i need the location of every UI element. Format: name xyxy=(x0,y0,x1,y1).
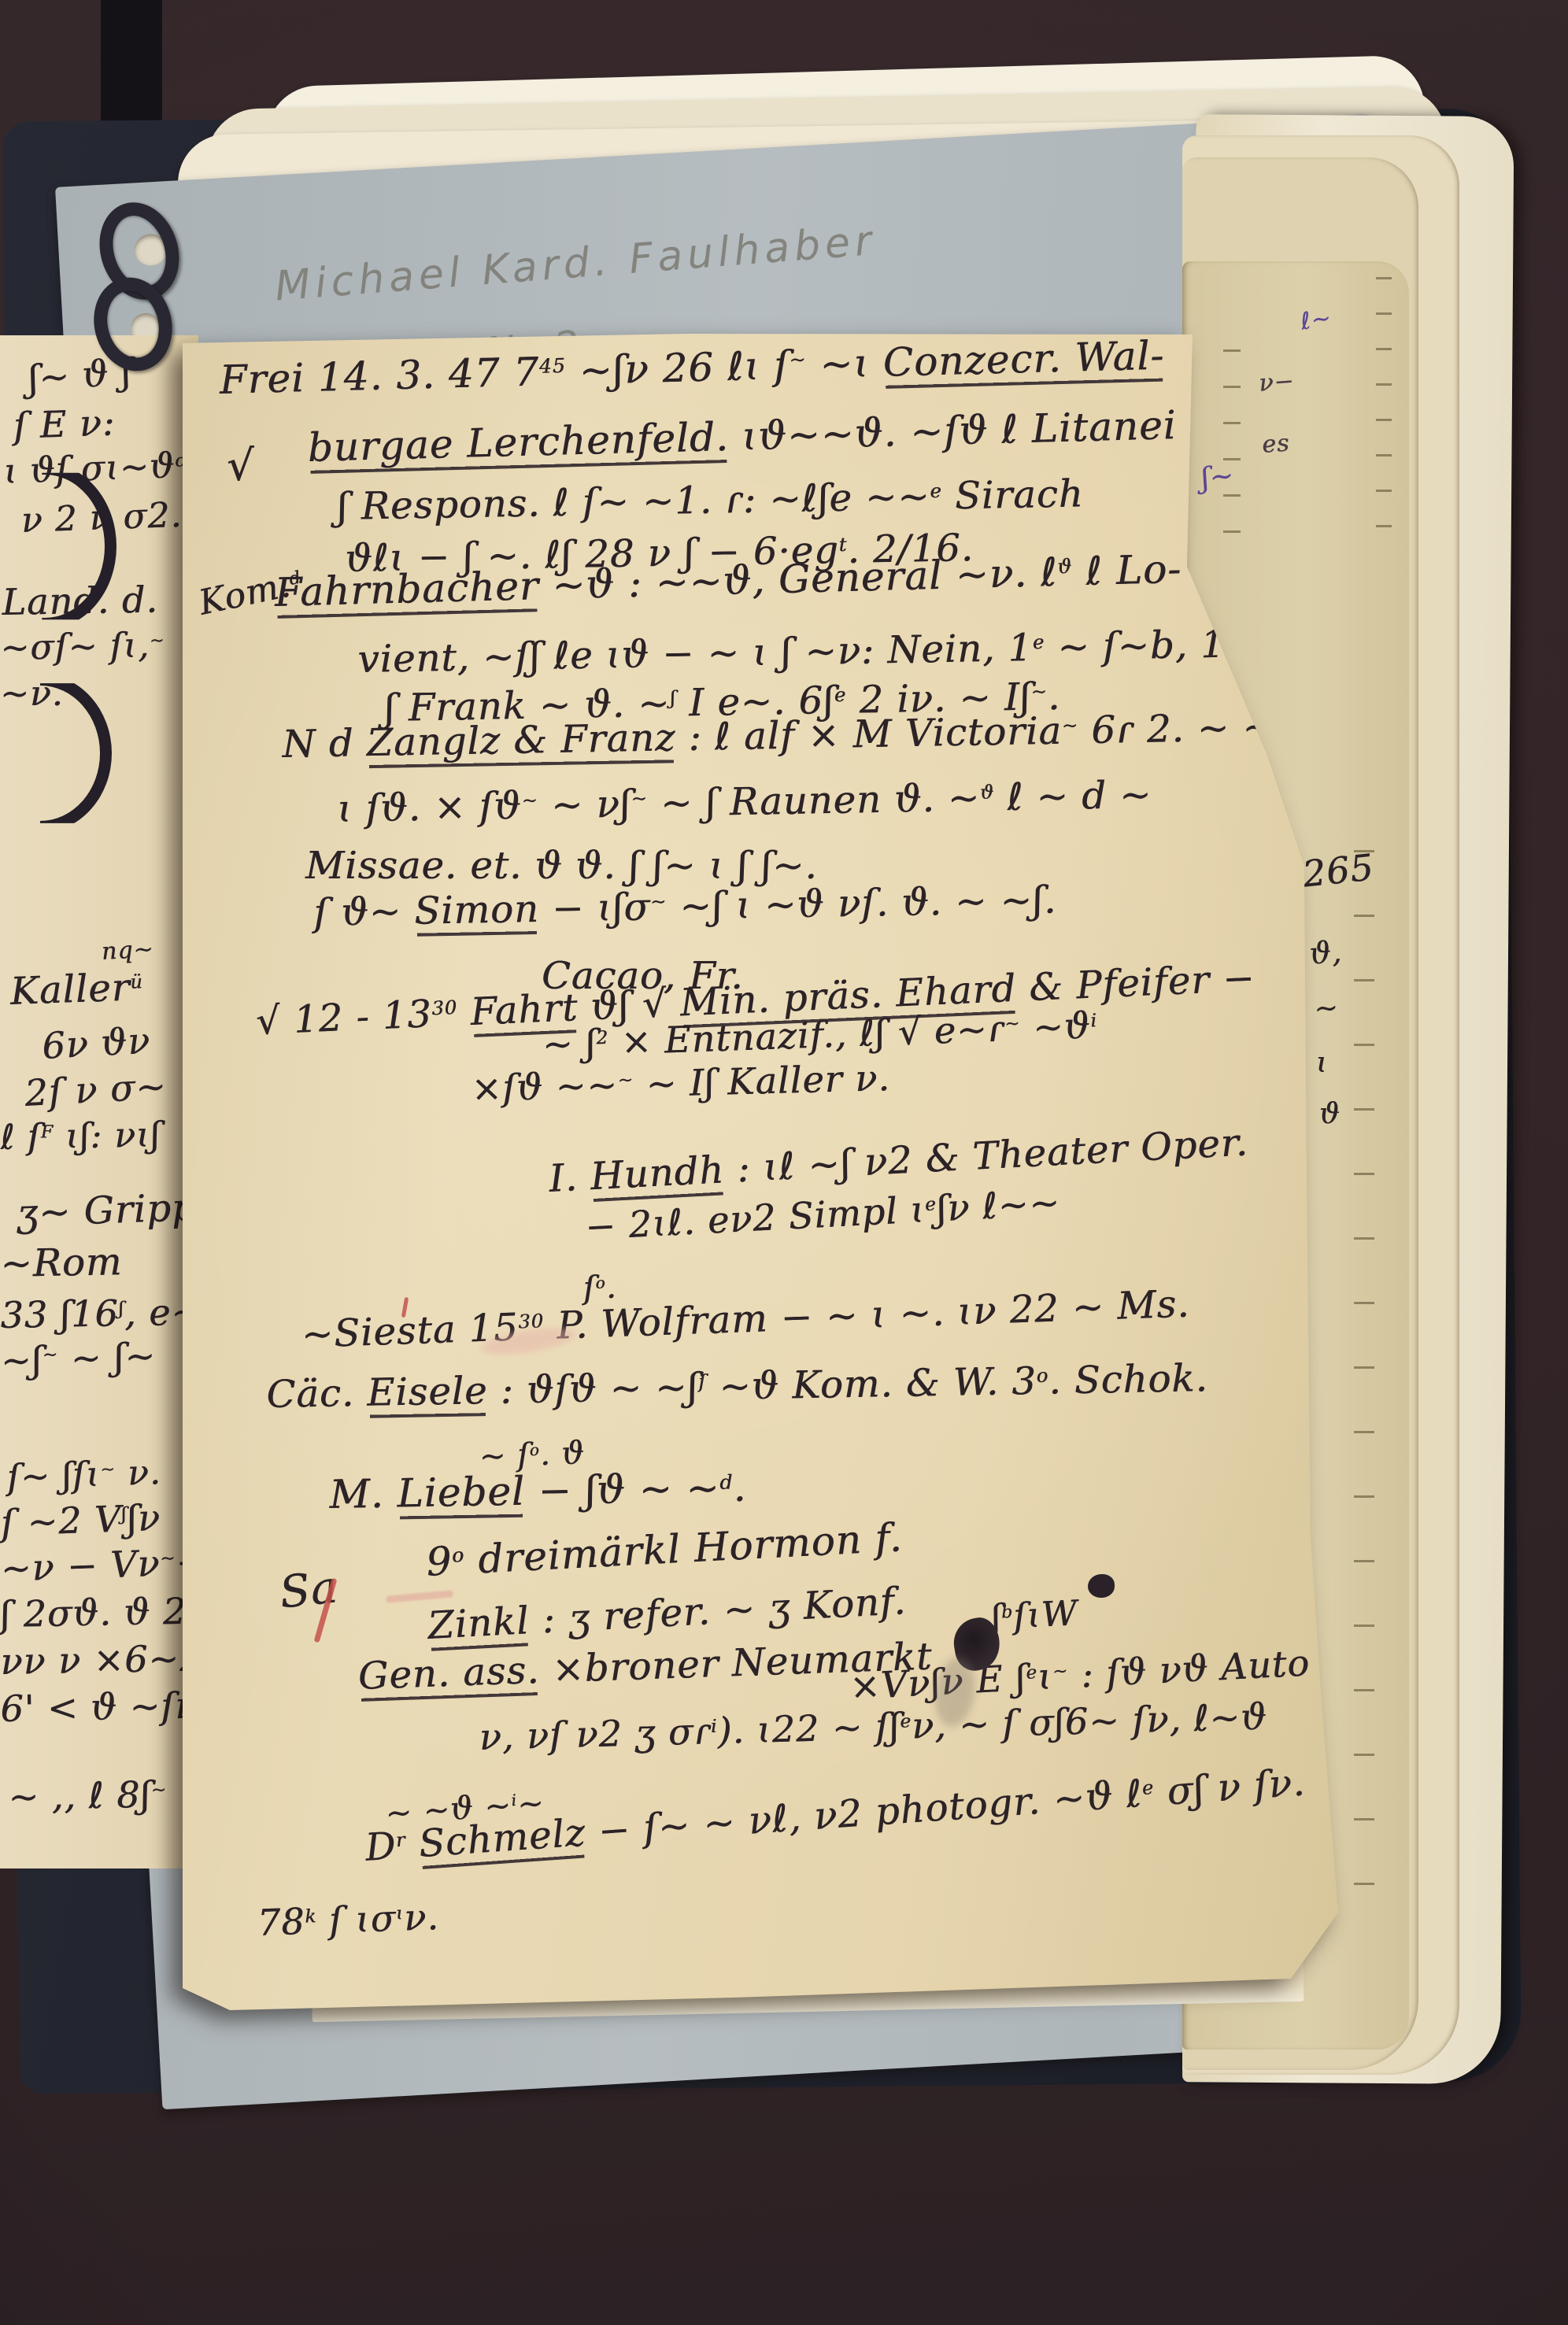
ruled-line-tick xyxy=(1354,850,1374,852)
handwriting-line: 78k ſ ɩσɩν. xyxy=(257,1895,440,1944)
ruled-line-tick xyxy=(1376,490,1392,492)
handwriting-line: 9o dreimärkl Hormon f. xyxy=(425,1514,904,1585)
handwriting-line: νν ν ×6∼2− xyxy=(0,1636,198,1683)
ruled-line-tick xyxy=(1354,1366,1374,1369)
ruled-line-tick xyxy=(1376,454,1392,456)
handwriting-line: ϑ, xyxy=(1308,934,1343,971)
ink-dot xyxy=(1088,1574,1115,1598)
checkmark: √ xyxy=(227,441,254,490)
edge-page-number: 265 xyxy=(1300,846,1376,896)
handwriting-line: ɩ xyxy=(1316,1047,1328,1079)
handwriting-line: ʃbſɩW xyxy=(990,1593,1078,1638)
handwriting-line: es xyxy=(1261,430,1291,459)
ruled-line-tick xyxy=(1354,1108,1374,1111)
handwriting-line: ſ E ν: xyxy=(13,401,116,446)
handwriting-line: ℓ ſF ɩʃ: νɩʃ xyxy=(0,1114,161,1158)
handwriting-line: Cäc. Eisele : ϑſϑ ∼ ∼ʃſ ∼ϑ Kom. & W. 3o.… xyxy=(266,1356,1208,1417)
main-diary-page: Frei 14. 3. 47 745 ∼ʃν 26 ℓɩ ſ∼ ∼ɩ Conze… xyxy=(183,329,1348,2015)
handwriting-line: 33 ʃ16ʃ, e∼ xyxy=(0,1291,198,1336)
handwriting-line: ∼ ,, ℓ 8ʃ∼ xyxy=(8,1772,168,1818)
ruled-line-tick xyxy=(1223,386,1241,388)
ruled-line-tick xyxy=(1223,349,1241,352)
ruled-line-tick xyxy=(1354,1883,1374,1885)
ruled-line-tick xyxy=(1376,312,1392,315)
handwriting-line: M. Liebel − ʃϑ ∼ ∼d. xyxy=(329,1465,747,1517)
ruled-line-tick xyxy=(1354,1689,1374,1691)
ruled-line-tick xyxy=(1354,1302,1374,1304)
handwriting-line: ʃ∼ xyxy=(1200,460,1236,495)
ruled-line-tick xyxy=(1354,1625,1374,1627)
ruled-line-tick xyxy=(1354,1495,1374,1498)
handwriting-line: ∼Siesta 1530 P. Wolfram − ∼ ɩ ∼. ɩν 22 ∼… xyxy=(301,1282,1190,1357)
handwriting-line: ɩ ϑſ σɩ∼ϑc. xyxy=(3,445,198,492)
handwriting-line: ſ ∼2 Vʃʃν xyxy=(0,1496,161,1544)
handwriting-line: ϑ xyxy=(1319,1098,1341,1130)
handwriting-line: ɩ ſϑ. × ſϑ∼ ∼ νʃ∼ ∼ ʃ Raunen ϑ. ∼ϑ ℓ ∼ d… xyxy=(337,773,1152,831)
handwriting-line: Kallerü xyxy=(9,965,144,1014)
handwriting-line: ∼σſ∼ ſɩ,∼ xyxy=(0,625,165,668)
ruled-line-tick xyxy=(1354,1044,1374,1046)
ruled-line-tick xyxy=(1354,915,1374,917)
handwriting-line: ʃ 2σϑ. ϑ 2 xyxy=(0,1590,187,1636)
ruled-line-tick xyxy=(1376,383,1392,386)
ruled-line-tick xyxy=(1223,458,1241,460)
ruled-line-tick xyxy=(1354,1818,1374,1820)
ruled-line-tick xyxy=(1354,1237,1374,1240)
ruled-line-tick xyxy=(1376,525,1392,527)
ruled-line-tick xyxy=(1376,348,1392,350)
handwriting-line: ∼Rom xyxy=(0,1240,123,1286)
ruled-line-tick xyxy=(1223,422,1241,424)
handwriting-line: burgae Lerchenfeld. ɩϑ∼∼ϑ. ∼ſϑ ℓ Litanei xyxy=(307,402,1177,471)
pink-underline xyxy=(386,1590,453,1602)
ruled-line-tick xyxy=(1376,419,1392,421)
handwriting-line: Missae. et. ϑ ϑ. ʃ ʃ∼ ɩ ʃ ʃ∼. xyxy=(305,844,818,888)
handwriting-line: ſo. xyxy=(582,1270,617,1307)
ruled-line-tick xyxy=(1354,979,1374,981)
handwriting-line: ν− xyxy=(1258,368,1296,397)
handwriting-line: nq∼ xyxy=(101,936,154,966)
entry-date-line: Frei 14. 3. 47 745 ∼ʃν 26 ℓɩ ſ∼ ∼ɩ Conze… xyxy=(219,333,1165,403)
handwriting-line: ʒ∼ Grippe. xyxy=(16,1184,198,1236)
handwriting-line: 6ν ϑν xyxy=(41,1019,151,1067)
ruled-line-tick xyxy=(1354,1431,1374,1433)
handwriting-line: 2ſ ν σ∼ − xyxy=(24,1063,198,1114)
handwriting-line: ʃ Respons. ℓ ſ∼ ∼1. ɾ: ∼ℓʃe ∼∼e Sirach xyxy=(337,471,1084,529)
ruled-line-tick xyxy=(1223,530,1241,533)
handwriting-line: ſ∼ ʃſɩ∼ ν. xyxy=(6,1452,161,1498)
ruled-line-tick xyxy=(1376,277,1392,279)
ruled-line-tick xyxy=(1354,1754,1374,1756)
handwriting-line: 6' < ϑ ∼ſν xyxy=(0,1684,198,1730)
ruled-line-tick xyxy=(1354,1173,1374,1175)
handwriting-line: vient, ∼ſʃ ℓe ɩϑ − ∼ ɩ ʃ ∼ν: Nein, 1e ∼ … xyxy=(357,622,1251,682)
handwriting-line: ∼ν − Vν∼− xyxy=(0,1540,198,1590)
handwriting-line: ℓ∼ xyxy=(1299,304,1333,335)
handwriting-line: ∼ xyxy=(1313,992,1340,1026)
handwriting-line: ∼ʃ∼ ∼ ʃ∼ xyxy=(0,1334,157,1382)
handwriting-line: ×ſϑ ∼∼∼ ∼ Iʃ Kaller ν. xyxy=(471,1056,890,1110)
diary-photo: Michael Kard. Faulhaber ∼ ʃ. N. 2 ∼ 265ϑ… xyxy=(0,0,1568,2325)
ruled-line-tick xyxy=(1354,1560,1374,1562)
ruled-line-tick xyxy=(1223,494,1241,497)
